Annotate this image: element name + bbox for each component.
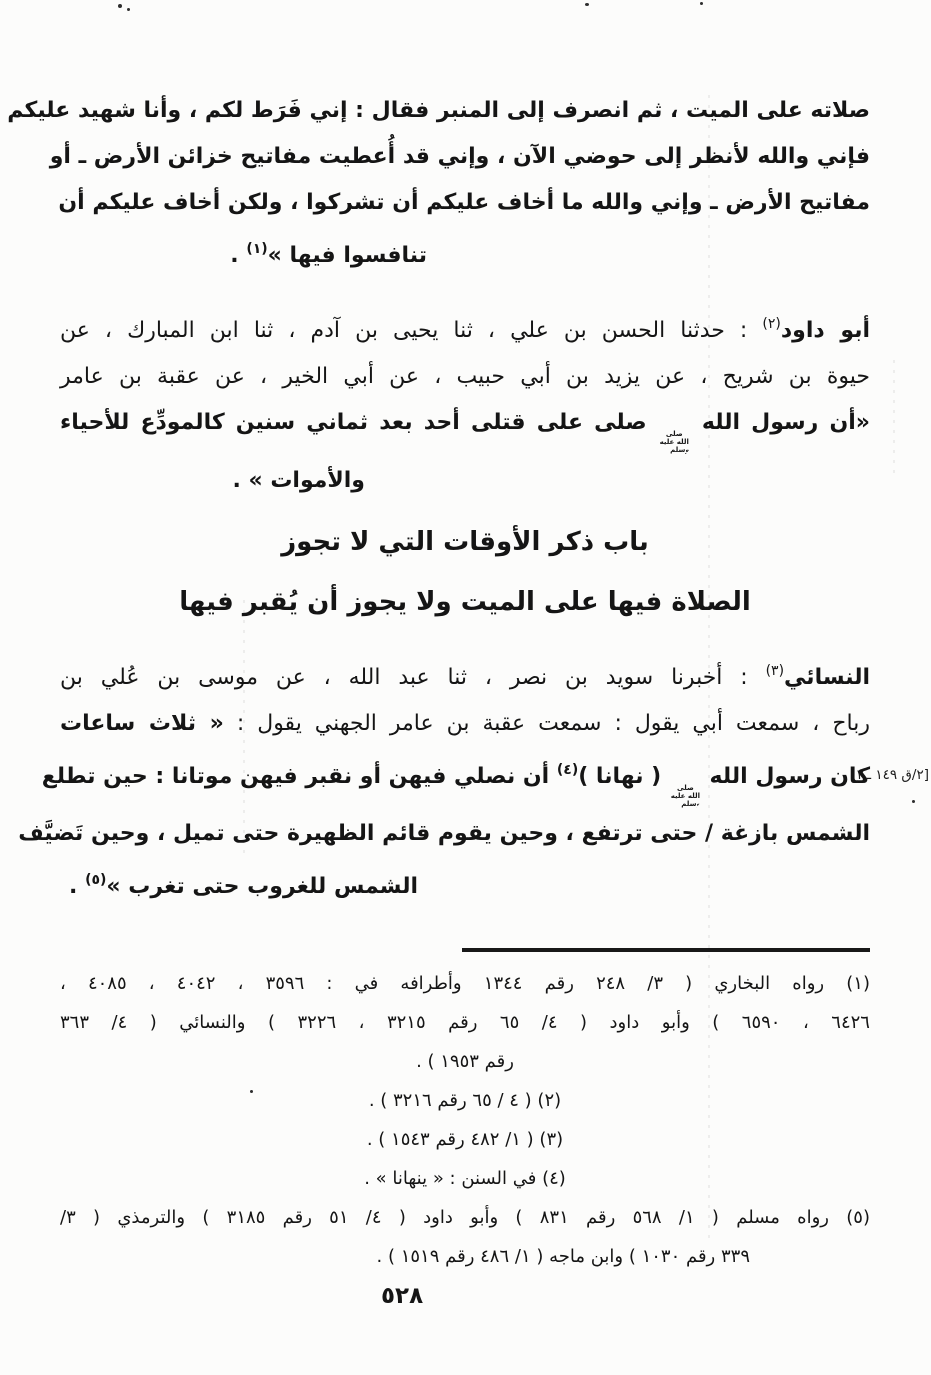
- body-line: «أن رسول الله صلى الله عليه وسلم صلى على…: [60, 400, 870, 458]
- body-line: حيوة بن شريح ، عن يزيد بن أبي حبيب ، عن …: [60, 354, 870, 400]
- body-line: النسائي(٣) : أخبرنا سويد بن نصر ، ثنا عب…: [60, 648, 870, 701]
- footnote-line: (٣) ( ١/ ٤٨٢ رقم ١٥٤٣ ) .: [60, 1120, 870, 1159]
- footnote-line: (٢) ( ٤ / ٦٥ رقم ٣٢١٦ ) .: [60, 1081, 870, 1120]
- scan-speckle: [118, 4, 122, 8]
- chapter-heading: باب ذكر الأوقات التي لا تجوز الصلاة فيها…: [60, 512, 870, 632]
- paragraph-hadith-continuation: صلاته على الميت ، ثم انصرف إلى المنبر فق…: [60, 88, 870, 279]
- body-line: صلاته على الميت ، ثم انصرف إلى المنبر فق…: [60, 88, 870, 134]
- body-line: والأموات » .: [60, 458, 365, 504]
- scan-speckle: [127, 8, 130, 11]
- footnote-line: (١) رواه البخاري ( ٣/ ٢٤٨ رقم ١٣٤٤ وأطرا…: [60, 964, 870, 1003]
- paragraph-abu-dawud: أبو داود(٢) : حدثنا الحسن بن علي ، ثنا ي…: [60, 301, 870, 504]
- body-line: فإني والله لأنظر إلى حوضي الآن ، وإني قد…: [60, 134, 870, 180]
- scan-streak: [893, 360, 895, 480]
- footnote-line: ٦٤٢٦ ، ٦٥٩٠ ) وأبو داود ( ٤/ ٦٥ رقم ٣٢١٥…: [60, 1003, 870, 1042]
- chapter-heading-line: الصلاة فيها على الميت ولا يجوز أن يُقبر …: [60, 572, 870, 632]
- page: [٢/ق ١٤٩ ـ ١] صلاته على الميت ، ثم انصرف…: [0, 0, 931, 1375]
- scan-speckle: [585, 3, 589, 6]
- chapter-heading-line: باب ذكر الأوقات التي لا تجوز: [60, 512, 870, 572]
- pbuh-symbol: صلى الله عليه وسلم: [669, 780, 702, 811]
- body-text: صلاته على الميت ، ثم انصرف إلى المنبر فق…: [60, 88, 870, 910]
- body-line: تنافسوا فيها »(١) .: [60, 226, 427, 279]
- footnote-line: (٥) رواه مسلم ( ١/ ٥٦٨ رقم ٨٣١ ) وأبو دا…: [60, 1198, 870, 1237]
- body-line: الشمس للغروب حتى تغرب »(٥) .: [60, 857, 418, 910]
- scan-speckle: [912, 800, 915, 803]
- footnotes: (١) رواه البخاري ( ٣/ ٢٤٨ رقم ١٣٤٤ وأطرا…: [60, 948, 870, 1276]
- footnote-separator: [462, 948, 870, 952]
- body-line: كان رسول الله صلى الله عليه وسلم ( نهانا…: [60, 747, 870, 812]
- footnote-line: ٣٣٩ رقم ١٠٣٠ ) وابن ماجه ( ١/ ٤٨٦ رقم ١٥…: [60, 1237, 750, 1276]
- footnote-line: (٤) في السنن : « ينهانا » .: [60, 1159, 870, 1198]
- pbuh-symbol: صلى الله عليه وسلم: [658, 427, 691, 458]
- body-line: رباح ، سمعت أبي يقول : سمعت عقبة بن عامر…: [60, 701, 870, 747]
- scan-speckle: [700, 2, 703, 5]
- footnote-line: رقم ١٩٥٣ ) .: [60, 1042, 870, 1081]
- body-line: مفاتيح الأرض ـ وإني والله ما أخاف عليكم …: [60, 180, 870, 226]
- body-line: الشمس بازغة / حتى ترتفع ، وحين يقوم قائم…: [60, 811, 870, 857]
- body-line: أبو داود(٢) : حدثنا الحسن بن علي ، ثنا ي…: [60, 301, 870, 354]
- paragraph-nasai: النسائي(٣) : أخبرنا سويد بن نصر ، ثنا عب…: [60, 648, 870, 911]
- page-number: ٥٢٨: [381, 1283, 423, 1309]
